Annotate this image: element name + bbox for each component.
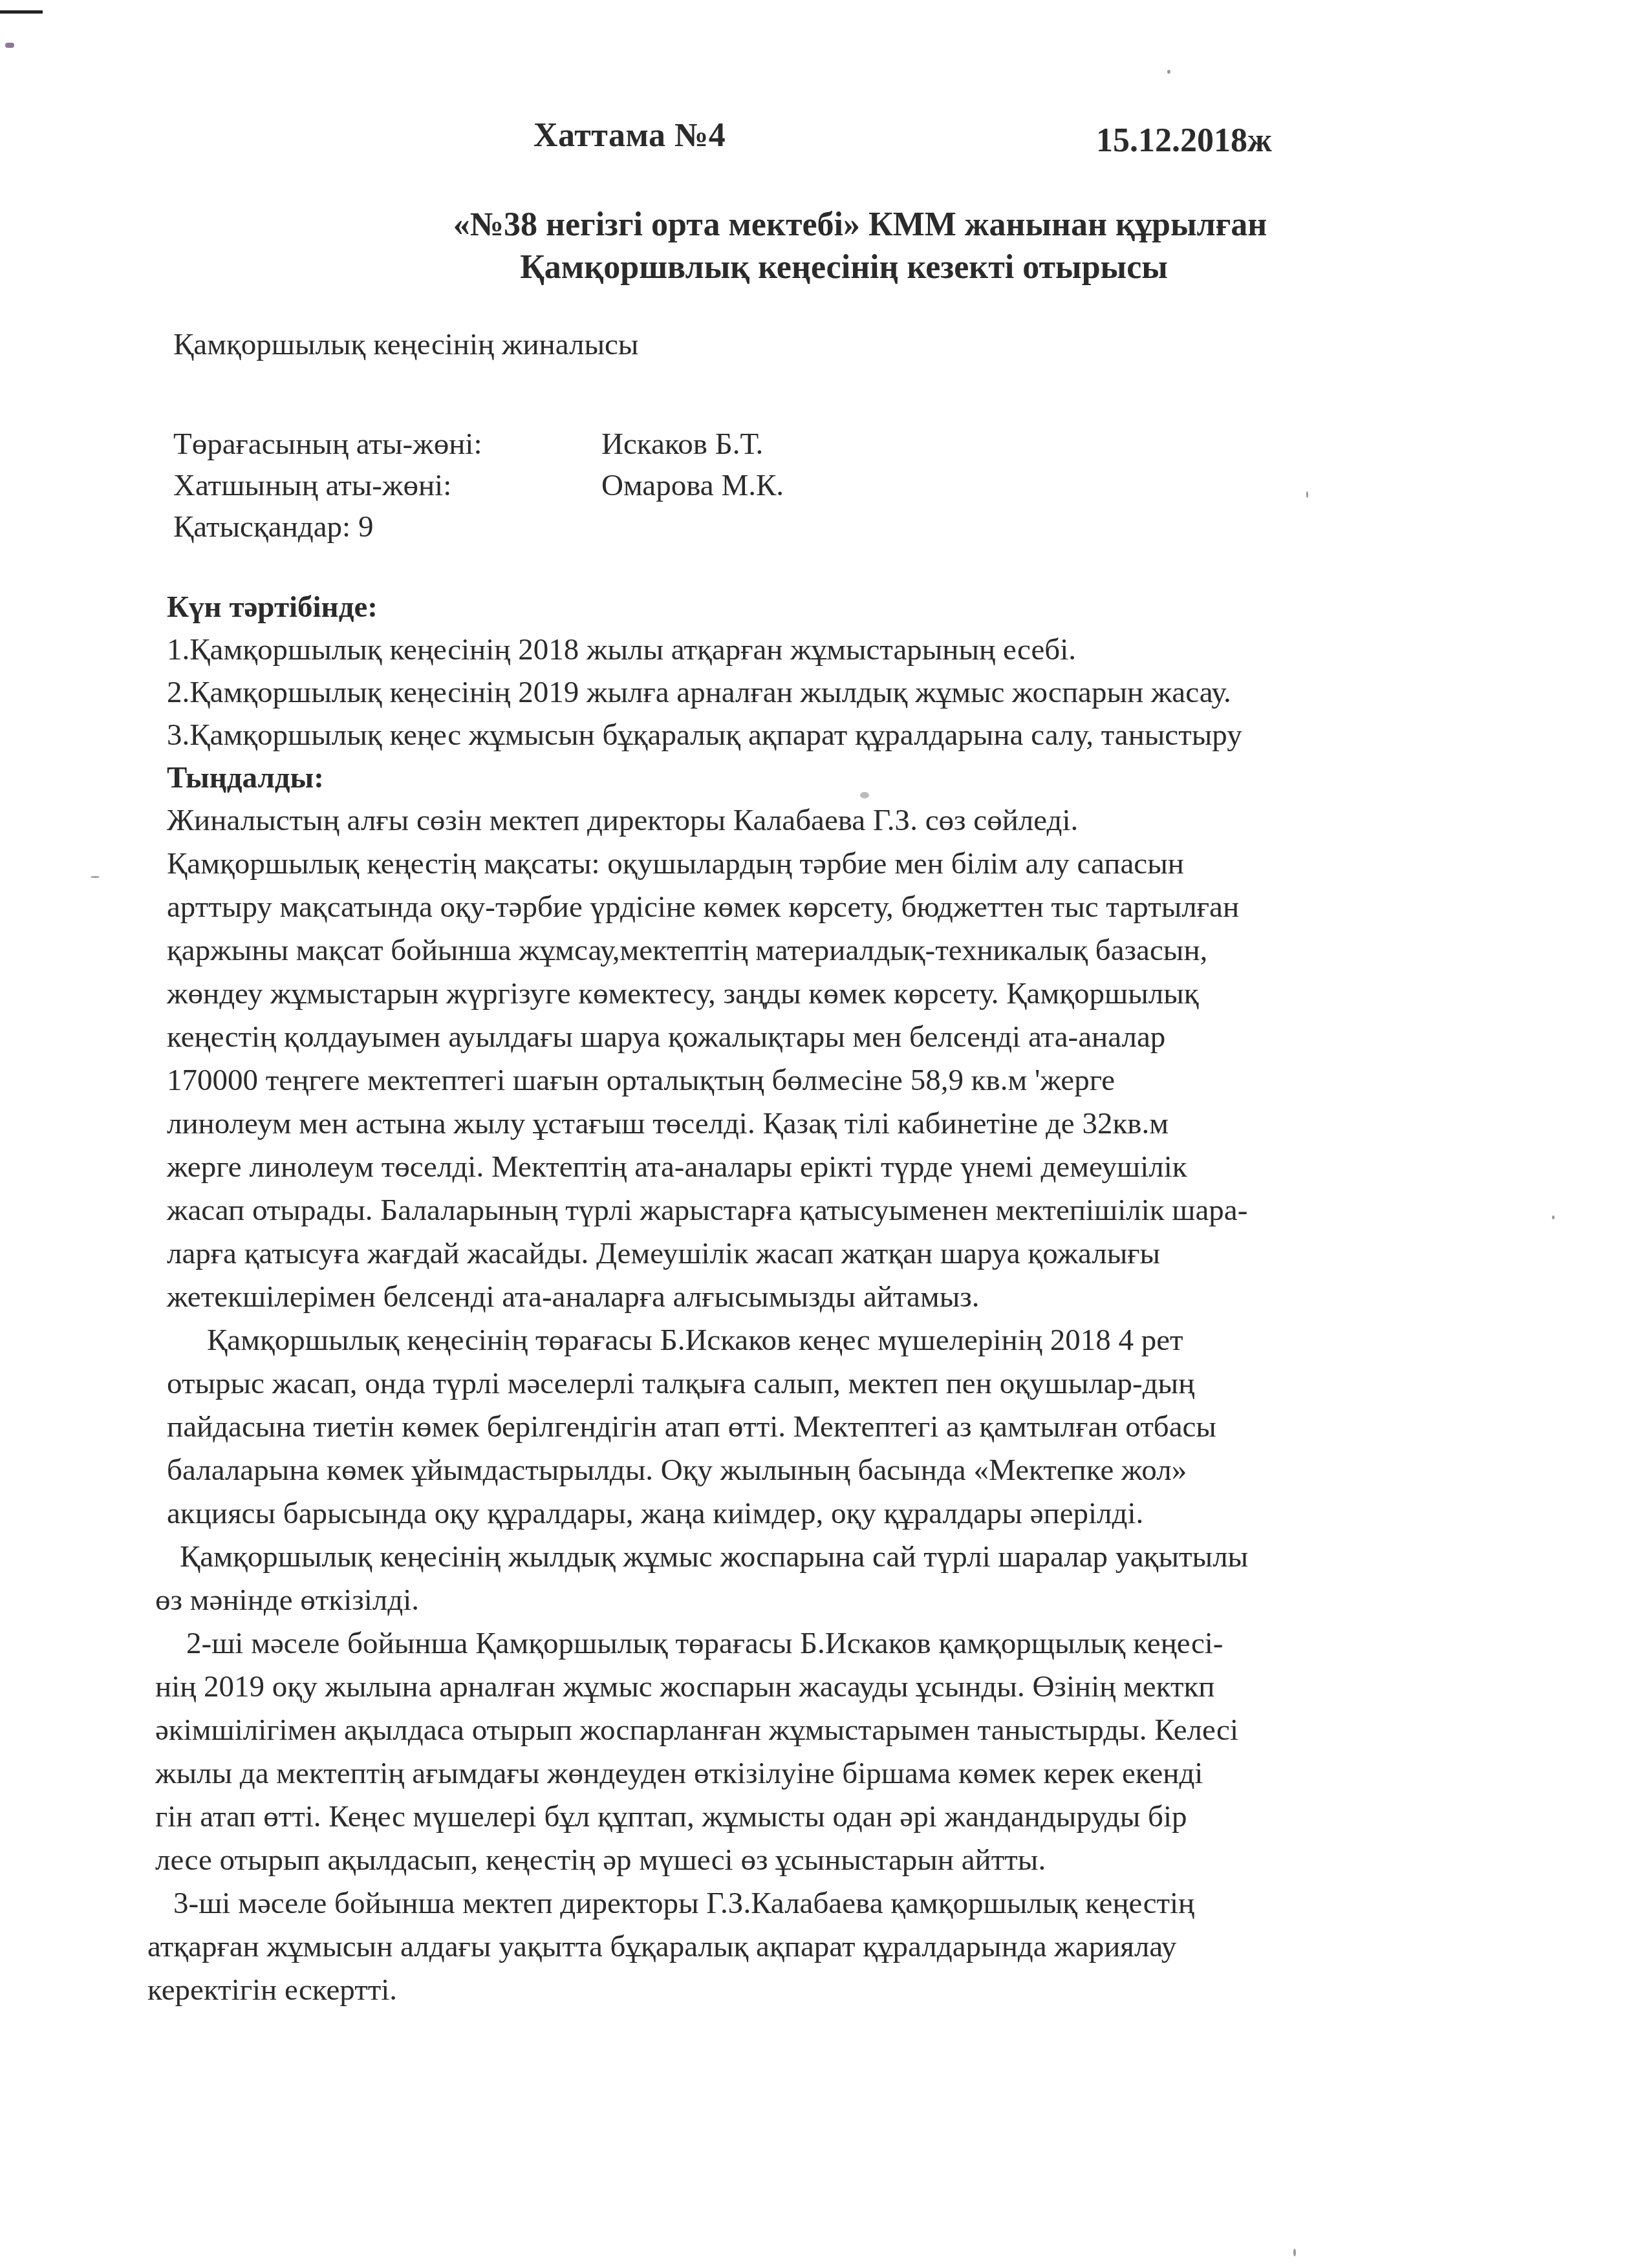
- chair-label: Төрағасының аты-жөні:: [173, 423, 601, 464]
- scan-edge-mark: [0, 10, 43, 14]
- text-line: пайдасына тиетін көмек берілгендігін ата…: [167, 1406, 1538, 1449]
- document-heading: «№38 негізгі орта мектебі» КММ жанынан қ…: [0, 204, 1649, 289]
- scan-speck: [1293, 2249, 1296, 2256]
- paragraph-issue-3: 3-ші мәселе бойынша мектеп директоры Г.З…: [167, 1882, 1538, 2012]
- text-line: отырыс жасап, онда түрлі мәселерлі талқы…: [167, 1362, 1538, 1406]
- scan-speck: [1552, 1215, 1555, 1219]
- text-line: жерге линолеум төселді. Мектептің ата-ан…: [167, 1146, 1538, 1189]
- scan-speck: [91, 876, 100, 878]
- text-line: Қамқоршылық кеңесінің төрағасы Б.Искаков…: [167, 1319, 1538, 1362]
- agenda-item: 1.Қамқоршылық кеңесінің 2018 жылы атқарғ…: [167, 628, 1538, 671]
- heard-title: Тыңдалды:: [167, 756, 1538, 799]
- text-line: Қамқоршылық кеңестің мақсаты: оқушыларды…: [167, 842, 1538, 886]
- heading-line-1: «№38 негізгі орта мектебі» КММ жанынан қ…: [0, 204, 1649, 246]
- text-line: балаларына көмек ұйымдастырылды. Оқу жыл…: [167, 1449, 1538, 1492]
- chair-row: Төрағасының аты-жөні: Искаков Б.Т.: [167, 423, 1538, 464]
- text-line: кеңестің қолдауымен ауылдағы шаруа қожал…: [167, 1016, 1538, 1059]
- scan-artifact: [5, 43, 14, 48]
- secretary-row: Хатшының аты-жөні: Омарова М.К.: [167, 464, 1538, 506]
- secretary-value: Омарова М.К.: [601, 464, 1538, 506]
- paragraph-annual-plan: Қамқоршылық кеңесінің жылдық жұмыс жоспа…: [167, 1535, 1538, 1622]
- participants-row: Қатысқандар: 9: [167, 506, 1538, 547]
- meeting-subheading: Қамқоршылық кеңесінің жиналысы: [167, 323, 1538, 366]
- secretary-label: Хатшының аты-жөні:: [173, 464, 601, 506]
- text-line: 3-ші мәселе бойынша мектеп директоры Г.З…: [167, 1882, 1538, 1925]
- text-line: нің 2019 оқу жылына арналған жұмыс жоспа…: [155, 1665, 1538, 1709]
- meeting-meta: Төрағасының аты-жөні: Искаков Б.Т. Хатшы…: [167, 423, 1538, 547]
- paragraph-issue-2: 2-ші мәселе бойынша Қамқоршылық төрағасы…: [167, 1622, 1538, 1882]
- text-line: атқарған жұмысын алдағы уақытта бұқаралы…: [147, 1925, 1538, 1969]
- chair-value: Искаков Б.Т.: [601, 423, 1538, 464]
- scan-speck: [1167, 70, 1170, 74]
- text-line: гін атап өтті. Кеңес мүшелері бұл құптап…: [155, 1795, 1538, 1839]
- protocol-date: 15.12.2018ж: [1096, 122, 1272, 160]
- text-line: Қамқоршылық кеңесінің жылдық жұмыс жоспа…: [167, 1535, 1538, 1579]
- text-line: линолеум мен астына жылу ұстағыш төселді…: [167, 1102, 1538, 1146]
- paragraph-intro: Жиналыстың алғы сөзін мектеп директоры К…: [167, 799, 1538, 1319]
- text-line: 2-ші мәселе бойынша Қамқоршылық төрағасы…: [167, 1622, 1538, 1665]
- text-line: жөндеу жұмыстарын жүргізуге көмектесу, з…: [167, 972, 1538, 1016]
- protocol-title: Хаттама №4: [533, 116, 726, 155]
- document-header: Хаттама №4 15.12.2018ж: [0, 116, 1649, 175]
- text-line: акциясы барысында оқу құралдары, жаңа ки…: [167, 1492, 1538, 1535]
- text-line: 170000 теңгеге мектептегі шағын орталықт…: [167, 1059, 1538, 1102]
- agenda-title: Күн тәртібінде:: [167, 586, 1538, 628]
- text-line: арттыру мақсатында оқу-тәрбие үрдісіне к…: [167, 886, 1538, 929]
- text-line: жасап отырады. Балаларының түрлі жарыста…: [167, 1189, 1538, 1232]
- text-line: қаржыны мақсат бойынша жұмсау,мектептің …: [167, 929, 1538, 972]
- text-line: керектігін ескертті.: [147, 1969, 1538, 2012]
- text-line: Жиналыстың алғы сөзін мектеп директоры К…: [167, 799, 1538, 842]
- text-line: ларға қатысуға жағдай жасайды. Демеушілі…: [167, 1232, 1538, 1276]
- paragraph-chair-report: Қамқоршылық кеңесінің төрағасы Б.Искаков…: [167, 1319, 1538, 1535]
- document-body: Қамқоршылық кеңесінің жиналысы Төрағасын…: [167, 323, 1538, 2012]
- text-line: әкімшілігімен ақылдаса отырып жоспарланғ…: [155, 1709, 1538, 1752]
- heading-line-2: Қамқоршвлық кеңесінің кезекті отырысы: [0, 246, 1649, 289]
- text-line: жетекшілерімен белсенді ата-аналарға алғ…: [167, 1276, 1538, 1319]
- agenda-item: 2.Қамқоршылық кеңесінің 2019 жылға арнал…: [167, 671, 1538, 714]
- text-line: жылы да мектептің ағымдағы жөндеуден өтк…: [155, 1752, 1538, 1795]
- participants-label: Қатысқандар: 9: [173, 506, 601, 547]
- text-line: өз мәнінде өткізілді.: [155, 1579, 1538, 1622]
- agenda-item: 3.Қамқоршылық кеңес жұмысын бұқаралық ақ…: [167, 714, 1538, 756]
- text-line: лесе отырып ақылдасып, кеңестің әр мүшес…: [155, 1839, 1538, 1882]
